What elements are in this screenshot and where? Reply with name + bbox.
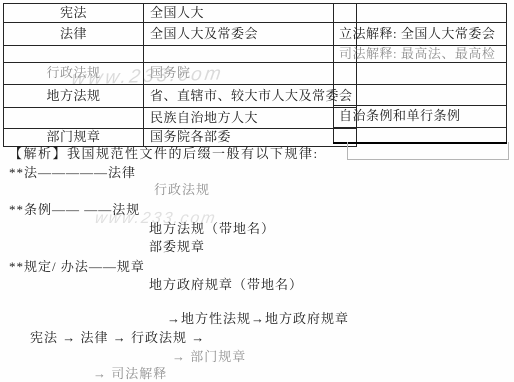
interpretation-cell — [334, 4, 507, 23]
table-row: 立法解释: 全国人大常委会 — [334, 23, 507, 46]
table-row: 司法解释: 最高法、最高检 — [334, 46, 507, 63]
interpretation-cell — [334, 128, 507, 143]
interpretation-table: 立法解释: 全国人大常委会 司法解释: 最高法、最高检 自治条例和单行条例 — [333, 3, 507, 144]
table-row: 地方法规 省、直辖市、较大市人大及常委会 — [4, 85, 357, 108]
table-row: 自治条例和单行条例 — [334, 106, 507, 128]
table-row: 行政法规 国务院 — [4, 63, 357, 85]
law-level-cell: 法律 — [4, 23, 144, 46]
law-maker-cell: 全国人大 — [144, 4, 357, 23]
law-maker-cell — [144, 46, 357, 63]
law-level-cell — [4, 46, 144, 63]
table-row: 部门规章 国务院各部委 — [4, 129, 357, 147]
table-row: 法律 全国人大及常委会 — [4, 23, 357, 46]
analysis-line-ministry-rule: 部委规章 — [149, 239, 205, 254]
analysis-heading: 【解析】我国规范性文件的后缀一般有以下规律: — [9, 146, 319, 161]
diagram-branch-local: →地方性法规→地方政府规章 — [167, 311, 349, 326]
law-level-cell: 行政法规 — [4, 63, 144, 85]
law-level-cell: 部门规章 — [4, 129, 144, 147]
analysis-line-local-regulation: 地方法规（带地名） — [149, 221, 275, 236]
table-row — [334, 63, 507, 85]
interpretation-cell: 自治条例和单行条例 — [334, 106, 507, 128]
analysis-line-suffix-regulation: **条例—— ——法规 — [9, 202, 140, 217]
empty-scan-box — [347, 142, 509, 160]
law-maker-cell: 国务院各部委 — [144, 129, 357, 147]
diagram-main-chain: 宪法 → 法律 → 行政法规 → — [30, 330, 205, 345]
interpretation-cell — [334, 63, 507, 85]
analysis-line-local-gov-rule: 地方政府规章（带地名） — [149, 277, 303, 292]
law-maker-cell: 省、直辖市、较大市人大及常委会 — [144, 85, 357, 108]
law-maker-cell: 全国人大及常委会 — [144, 23, 357, 46]
diagram-branch-judicial: → 司法解释 — [93, 366, 167, 381]
law-hierarchy-table: 宪法 全国人大 法律 全国人大及常委会 行政法规 国务院 地方法规 省、直辖市、… — [3, 3, 357, 147]
law-maker-cell: 国务院 — [144, 63, 357, 85]
analysis-line-admin-regulation: 行政法规 — [154, 182, 210, 197]
law-level-cell: 宪法 — [4, 4, 144, 23]
table-row — [334, 85, 507, 106]
table-row: 宪法 全国人大 — [4, 4, 357, 23]
diagram-branch-department: → 部门规章 — [172, 349, 246, 364]
analysis-line-suffix-law: **法—————法律 — [9, 165, 136, 180]
interpretation-cell: 立法解释: 全国人大常委会 — [334, 23, 507, 46]
table-row — [334, 128, 507, 143]
law-maker-cell: 民族自治地方人大 — [144, 108, 357, 129]
table-row — [334, 4, 507, 23]
law-level-cell — [4, 108, 144, 129]
analysis-line-suffix-rule: **规定/ 办法——规章 — [9, 259, 145, 274]
interpretation-cell — [334, 85, 507, 106]
interpretation-cell: 司法解释: 最高法、最高检 — [334, 46, 507, 63]
table-row — [4, 46, 357, 63]
document-page: www.233.com www.233.com 宪法 全国人大 法律 全国人大及… — [0, 0, 514, 382]
law-level-cell: 地方法规 — [4, 85, 144, 108]
table-row: 民族自治地方人大 — [4, 108, 357, 129]
